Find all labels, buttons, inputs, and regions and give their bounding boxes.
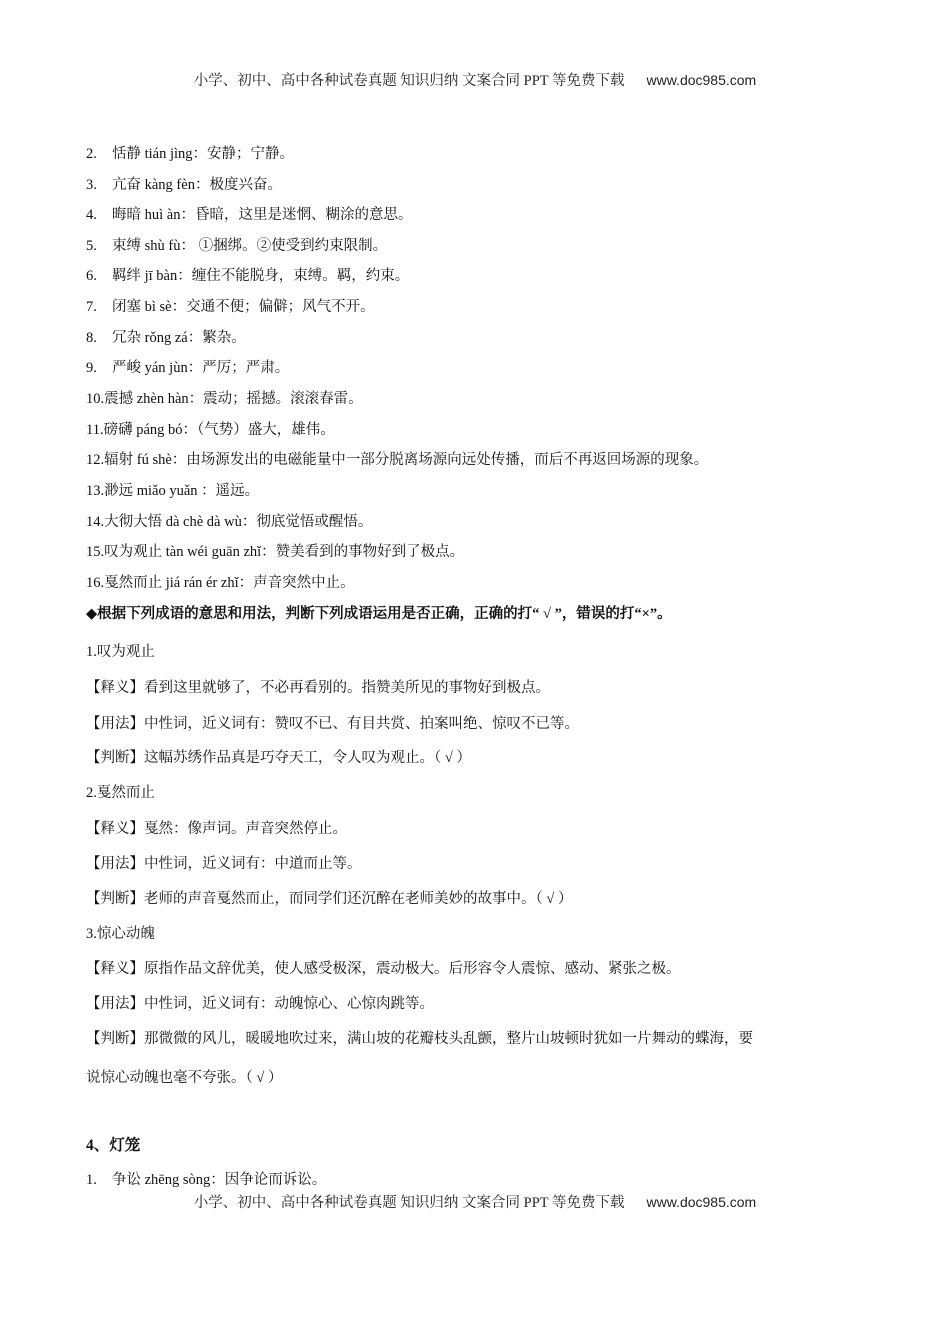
vocab-item: 4.晦暗 huì àn：昏暗，这里是迷惘、糊涂的意思。	[86, 205, 412, 225]
idiom-judge: 【判断】这幅苏绣作品真是巧夺天工，令人叹为观止。（ √ ）	[86, 748, 471, 768]
idiom-judge-cont: 说惊心动魄也毫不夸张。（ √ ）	[86, 1068, 282, 1088]
idiom-usage: 【用法】中性词，近义词有：中道而止等。	[86, 854, 362, 874]
vocab-item: 7.闭塞 bì sè：交通不便；偏僻；风气不开。	[86, 297, 375, 317]
idiom-judge: 【判断】老师的声音戛然而止，而同学们还沉醉在老师美妙的故事中。（ √ ）	[86, 889, 572, 909]
vocab-item: 9.严峻 yán jùn：严厉；严肃。	[86, 358, 289, 378]
idiom-meaning: 【释义】看到这里就够了，不必再看别的。指赞美所见的事物好到极点。	[86, 678, 550, 698]
idiom-judge: 【判断】那微微的风儿，暖暖地吹过来，满山坡的花瓣枝头乱颤，整片山坡顿时犹如一片舞…	[86, 1029, 753, 1049]
idiom-meaning: 【释义】原指作品文辞优美，使人感受极深，震动极大。后形容令人震惊、感动、紧张之极…	[86, 959, 681, 979]
vocab-item: 13.渺远 miǎo yuǎn ：遥远。	[86, 481, 259, 501]
vocab-item: 11.磅礴 páng bó：（气势）盛大，雄伟。	[86, 420, 335, 440]
idiom-usage: 【用法】中性词，近义词有：动魄惊心、心惊肉跳等。	[86, 994, 434, 1014]
exercise-instruction: ◆根据下列成语的意思和用法，判断下列成语运用是否正确，正确的打“ √ ”，错误的…	[86, 604, 672, 624]
vocab-item: 8.冗杂 rǒng zá：繁杂。	[86, 328, 246, 348]
page-header: 小学、初中、高中各种试卷真题 知识归纳 文案合同 PPT 等免费下载www.do…	[0, 69, 950, 90]
footer-text: 小学、初中、高中各种试卷真题 知识归纳 文案合同 PPT 等免费下载	[194, 1195, 625, 1211]
page-footer: 小学、初中、高中各种试卷真题 知识归纳 文案合同 PPT 等免费下载www.do…	[0, 1191, 950, 1212]
vocab-item: 16.戛然而止 jiá rán ér zhǐ：声音突然中止。	[86, 573, 355, 593]
idiom-title: 3.惊心动魄	[86, 924, 155, 944]
footer-url[interactable]: www.doc985.com	[647, 1194, 757, 1210]
vocab-item: 2.恬静 tián jìng：安静；宁静。	[86, 144, 294, 164]
vocab-item: 1.争讼 zhēng sòng：因争论而诉讼。	[86, 1170, 326, 1190]
header-text: 小学、初中、高中各种试卷真题 知识归纳 文案合同 PPT 等免费下载	[194, 73, 625, 89]
vocab-item: 5.束缚 shù fù： ①捆绑。②使受到约束限制。	[86, 236, 387, 256]
idiom-usage: 【用法】中性词，近义词有：赞叹不已、有目共赏、拍案叫绝、惊叹不已等。	[86, 714, 579, 734]
idiom-title: 2.戛然而止	[86, 783, 155, 803]
vocab-item: 6.羁绊 jī bàn：缠住不能脱身，束缚。羁，约束。	[86, 266, 409, 286]
vocab-item: 3.亢奋 kàng fèn：极度兴奋。	[86, 175, 282, 195]
idiom-title: 1.叹为观止	[86, 642, 155, 662]
header-url[interactable]: www.doc985.com	[647, 72, 757, 88]
vocab-item: 12.辐射 fú shè：由场源发出的电磁能量中一部分脱离场源向远处传播，而后不…	[86, 450, 708, 470]
vocab-item: 10.震撼 zhèn hàn：震动；摇撼。滚滚春雷。	[86, 389, 363, 409]
idiom-meaning: 【释义】戛然：像声词。声音突然停止。	[86, 819, 347, 839]
vocab-item: 14.大彻大悟 dà chè dà wù：彻底觉悟或醒悟。	[86, 512, 372, 532]
section-title: 4、灯笼	[86, 1136, 140, 1156]
vocab-item: 15.叹为观止 tàn wéi guān zhǐ：赞美看到的事物好到了极点。	[86, 542, 464, 562]
